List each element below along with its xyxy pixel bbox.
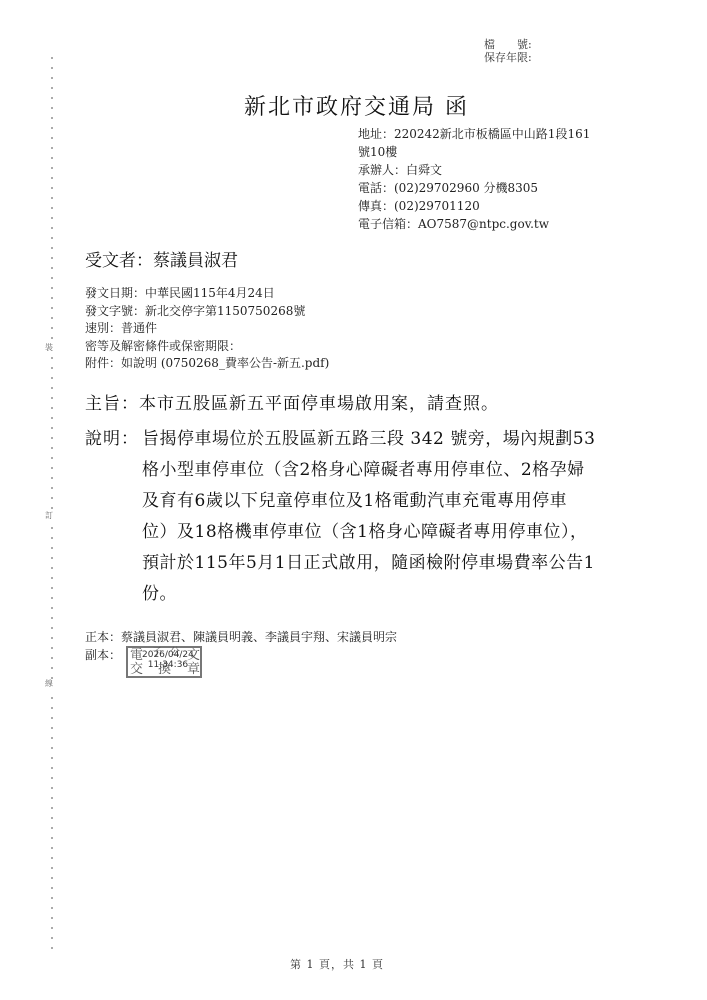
explanation-line: 及育有6歲以下兒童停車位及1格電動汽車充電專用停車 [142, 486, 595, 517]
file-meta: 檔 號: 保存年限: [484, 38, 532, 64]
retention-label: 保存年限: [484, 51, 532, 64]
document-number: 發文字號：新北交停字第1150750268號 [85, 303, 329, 321]
stamp-time: 11:34:36 [142, 660, 194, 670]
explanation-label: 說明： [85, 424, 139, 449]
binding-mark-bind: 裝 [45, 343, 53, 353]
explanation-line: 預計於115年5月1日正式啟用，隨函檢附停車場費率公告1 [142, 548, 595, 579]
file-number-label: 檔 號: [484, 38, 532, 51]
explanation-line: 格小型車停車位（含2格身心障礙者專用停車位、2格孕婦 [142, 455, 595, 486]
handler: 承辦人：白舜文 [358, 161, 590, 179]
address-line-2: 號10樓 [358, 143, 590, 161]
electronic-exchange-stamp: 電 子 公 文 交 換 章 2026/04/24 11:34:36 [126, 646, 202, 678]
document-meta: 發文日期：中華民國115年4月24日 發文字號：新北交停字第1150750268… [85, 285, 329, 373]
explanation-line: 份。 [142, 579, 595, 610]
binding-mark-line: 線 [45, 679, 53, 689]
page-footer: 第 1 頁，共 1 頁 [290, 956, 384, 972]
explanation-body: 旨揭停車場位於五股區新五路三段 342 號旁，場內規劃53 格小型車停車位（含2… [142, 424, 595, 610]
document-title: 新北市政府交通局 函 [244, 90, 469, 121]
subject: 主旨：本市五股區新五平面停車場啟用案，請查照。 [85, 389, 499, 414]
issue-date: 發文日期：中華民國115年4月24日 [85, 285, 329, 303]
explanation-line: 旨揭停車場位於五股區新五路三段 342 號旁，場內規劃53 [142, 424, 595, 455]
speed-class: 速別：普通件 [85, 320, 329, 338]
email: 電子信箱：AO7587@ntpc.gov.tw [358, 215, 590, 233]
stamp-date: 2026/04/24 [142, 650, 194, 660]
security-level: 密等及解密條件或保密期限： [85, 338, 329, 356]
binding-dotted-line [51, 57, 53, 952]
fax: 傳真：(02)29701120 [358, 197, 590, 215]
explanation-line: 位）及18格機車停車位（含1格身心障礙者專用停車位）， [142, 517, 595, 548]
sender-info: 地址：220242新北市板橋區中山路1段161 號10樓 承辦人：白舜文 電話：… [358, 125, 590, 233]
original-recipients: 正本：蔡議員淑君、陳議員明義、李議員宇翔、宋議員明宗 [85, 628, 397, 646]
stamp-datetime: 2026/04/24 11:34:36 [142, 650, 194, 670]
phone: 電話：(02)29702960 分機8305 [358, 179, 590, 197]
binding-mark-staple: 訂 [45, 511, 53, 521]
recipient: 受文者：蔡議員淑君 [85, 246, 238, 271]
address-line-1: 地址：220242新北市板橋區中山路1段161 [358, 125, 590, 143]
attachment: 附件：如說明 (0750268_費率公告-新五.pdf) [85, 355, 329, 373]
